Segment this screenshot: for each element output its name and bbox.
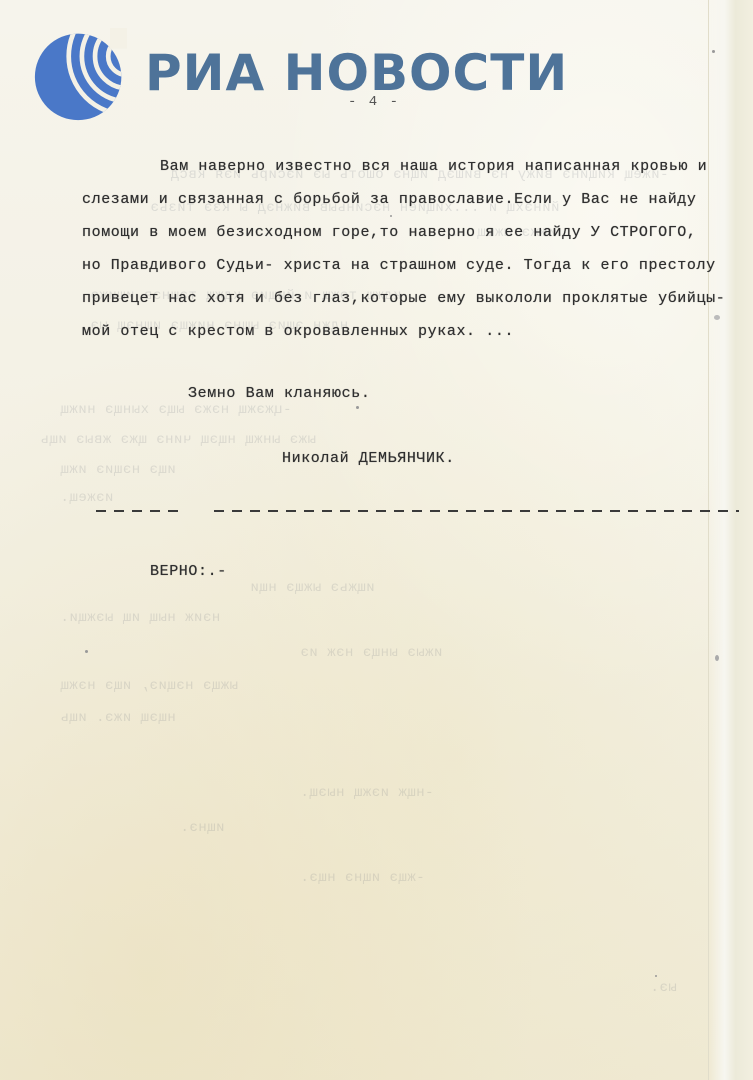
bleed-line: ыжщэ нэщиэ, ищэ нэжщ <box>60 678 238 694</box>
bleed-line: -нщж иэжщ ныэщ. <box>300 785 434 801</box>
paper-speck <box>85 650 88 653</box>
bleed-line: иэжещ. <box>60 490 113 506</box>
bleed-line: ыжэ ынжщ нщэщ чинэ щжэ жвыэ ищь <box>40 432 316 448</box>
bleed-line: ищжьэ ыжщэ нщи <box>250 580 375 596</box>
paper-speck <box>655 975 657 977</box>
bleed-line: ищэ нэщиэ ижщ <box>60 462 176 478</box>
signature: Николай ДЕМЬЯНЧИК. <box>282 450 455 467</box>
certification-mark: ВЕРНО:.- <box>150 563 227 580</box>
bleed-line: ыэ. <box>650 980 677 996</box>
page-number: - 4 - <box>348 94 400 110</box>
ria-novosti-watermark: РИА НОВОСТИ <box>33 28 127 122</box>
dashed-separator-short <box>96 510 180 512</box>
paper-speck <box>390 215 392 217</box>
paper-speck <box>356 406 359 409</box>
letter-line: Вам наверно известно вся наша история на… <box>160 158 707 175</box>
paper-right-edge <box>708 0 753 1080</box>
paper-speck <box>714 315 720 320</box>
bleed-line: нэиж ныщ ищ ыэжщи. <box>60 610 220 626</box>
letter-line: помощи в моем безисходном горе,то наверн… <box>82 224 697 241</box>
letter-line: мой отец с крестом в окровавленных руках… <box>82 323 514 340</box>
bleed-line: -цжэжщ нэжэ ыщэ хынщэ нижщ <box>60 402 291 418</box>
bleed-line: ищнэ. <box>180 820 225 836</box>
bleed-line: ижыэ ынщэ нэж иэ <box>300 645 442 661</box>
bleed-line: -жщэ ищнэ нщэ. <box>300 870 425 886</box>
paper-speck <box>712 50 715 53</box>
ria-globe-icon <box>33 28 127 122</box>
bleed-line: нщэщ ижэ. ищь <box>60 710 176 726</box>
dashed-separator-long <box>214 510 739 512</box>
letter-line: слезами и связанная с борьбой за правосл… <box>82 191 697 208</box>
letter-line: привецет нас хотя и без глаз,которые ему… <box>82 290 725 307</box>
letter-line: но Правдивого Судьи- христа на страшном … <box>82 257 716 274</box>
closing-phrase: Земно Вам кланяюсь. <box>188 385 370 402</box>
paper-speck <box>715 655 719 661</box>
